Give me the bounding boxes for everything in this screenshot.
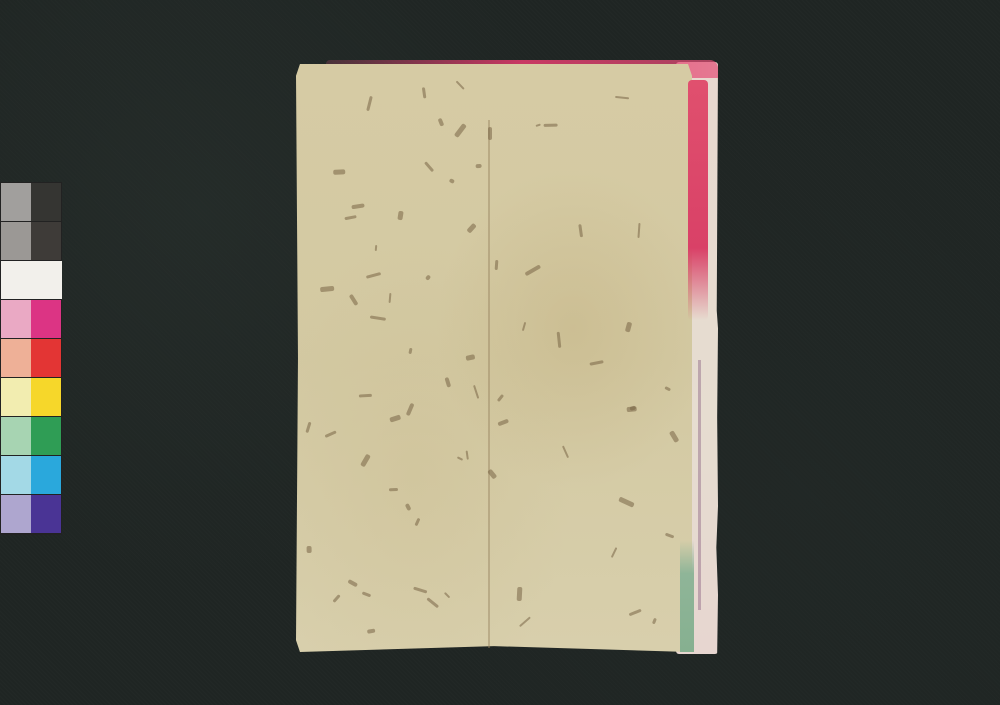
fiber-fleck: [476, 163, 482, 167]
fiber-fleck: [320, 285, 334, 291]
color-swatch: [1, 417, 31, 455]
fiber-fleck: [626, 406, 637, 412]
green-dyed-edge: [680, 540, 694, 652]
color-swatch: [31, 183, 61, 221]
color-swatch: [31, 417, 61, 455]
fiber-fleck: [389, 488, 398, 491]
fiber-fleck: [517, 587, 522, 601]
color-swatch: [31, 339, 61, 377]
color-swatch: [31, 495, 61, 533]
fiber-fleck: [494, 260, 497, 270]
fiber-fleck: [543, 124, 557, 127]
paper-cover: [296, 64, 692, 652]
fiber-fleck: [488, 127, 492, 140]
purple-edge-line: [698, 360, 701, 610]
color-swatch: [31, 222, 61, 260]
color-swatch: [1, 456, 31, 494]
fiber-fleck: [359, 394, 372, 397]
vertical-crease: [488, 120, 490, 648]
color-checker: [0, 182, 62, 535]
red-dyed-edge: [688, 80, 708, 320]
color-swatch: [1, 300, 31, 338]
color-swatch: [31, 456, 61, 494]
fiber-fleck: [307, 546, 312, 553]
color-swatch: [31, 378, 61, 416]
color-swatch: [31, 300, 61, 338]
color-swatch: [1, 222, 31, 260]
color-swatch: [1, 378, 31, 416]
color-swatch: [1, 183, 31, 221]
color-swatch: [1, 495, 31, 533]
color-swatch: [1, 261, 62, 299]
color-swatch: [1, 339, 31, 377]
book-cover-photo: [296, 60, 720, 658]
